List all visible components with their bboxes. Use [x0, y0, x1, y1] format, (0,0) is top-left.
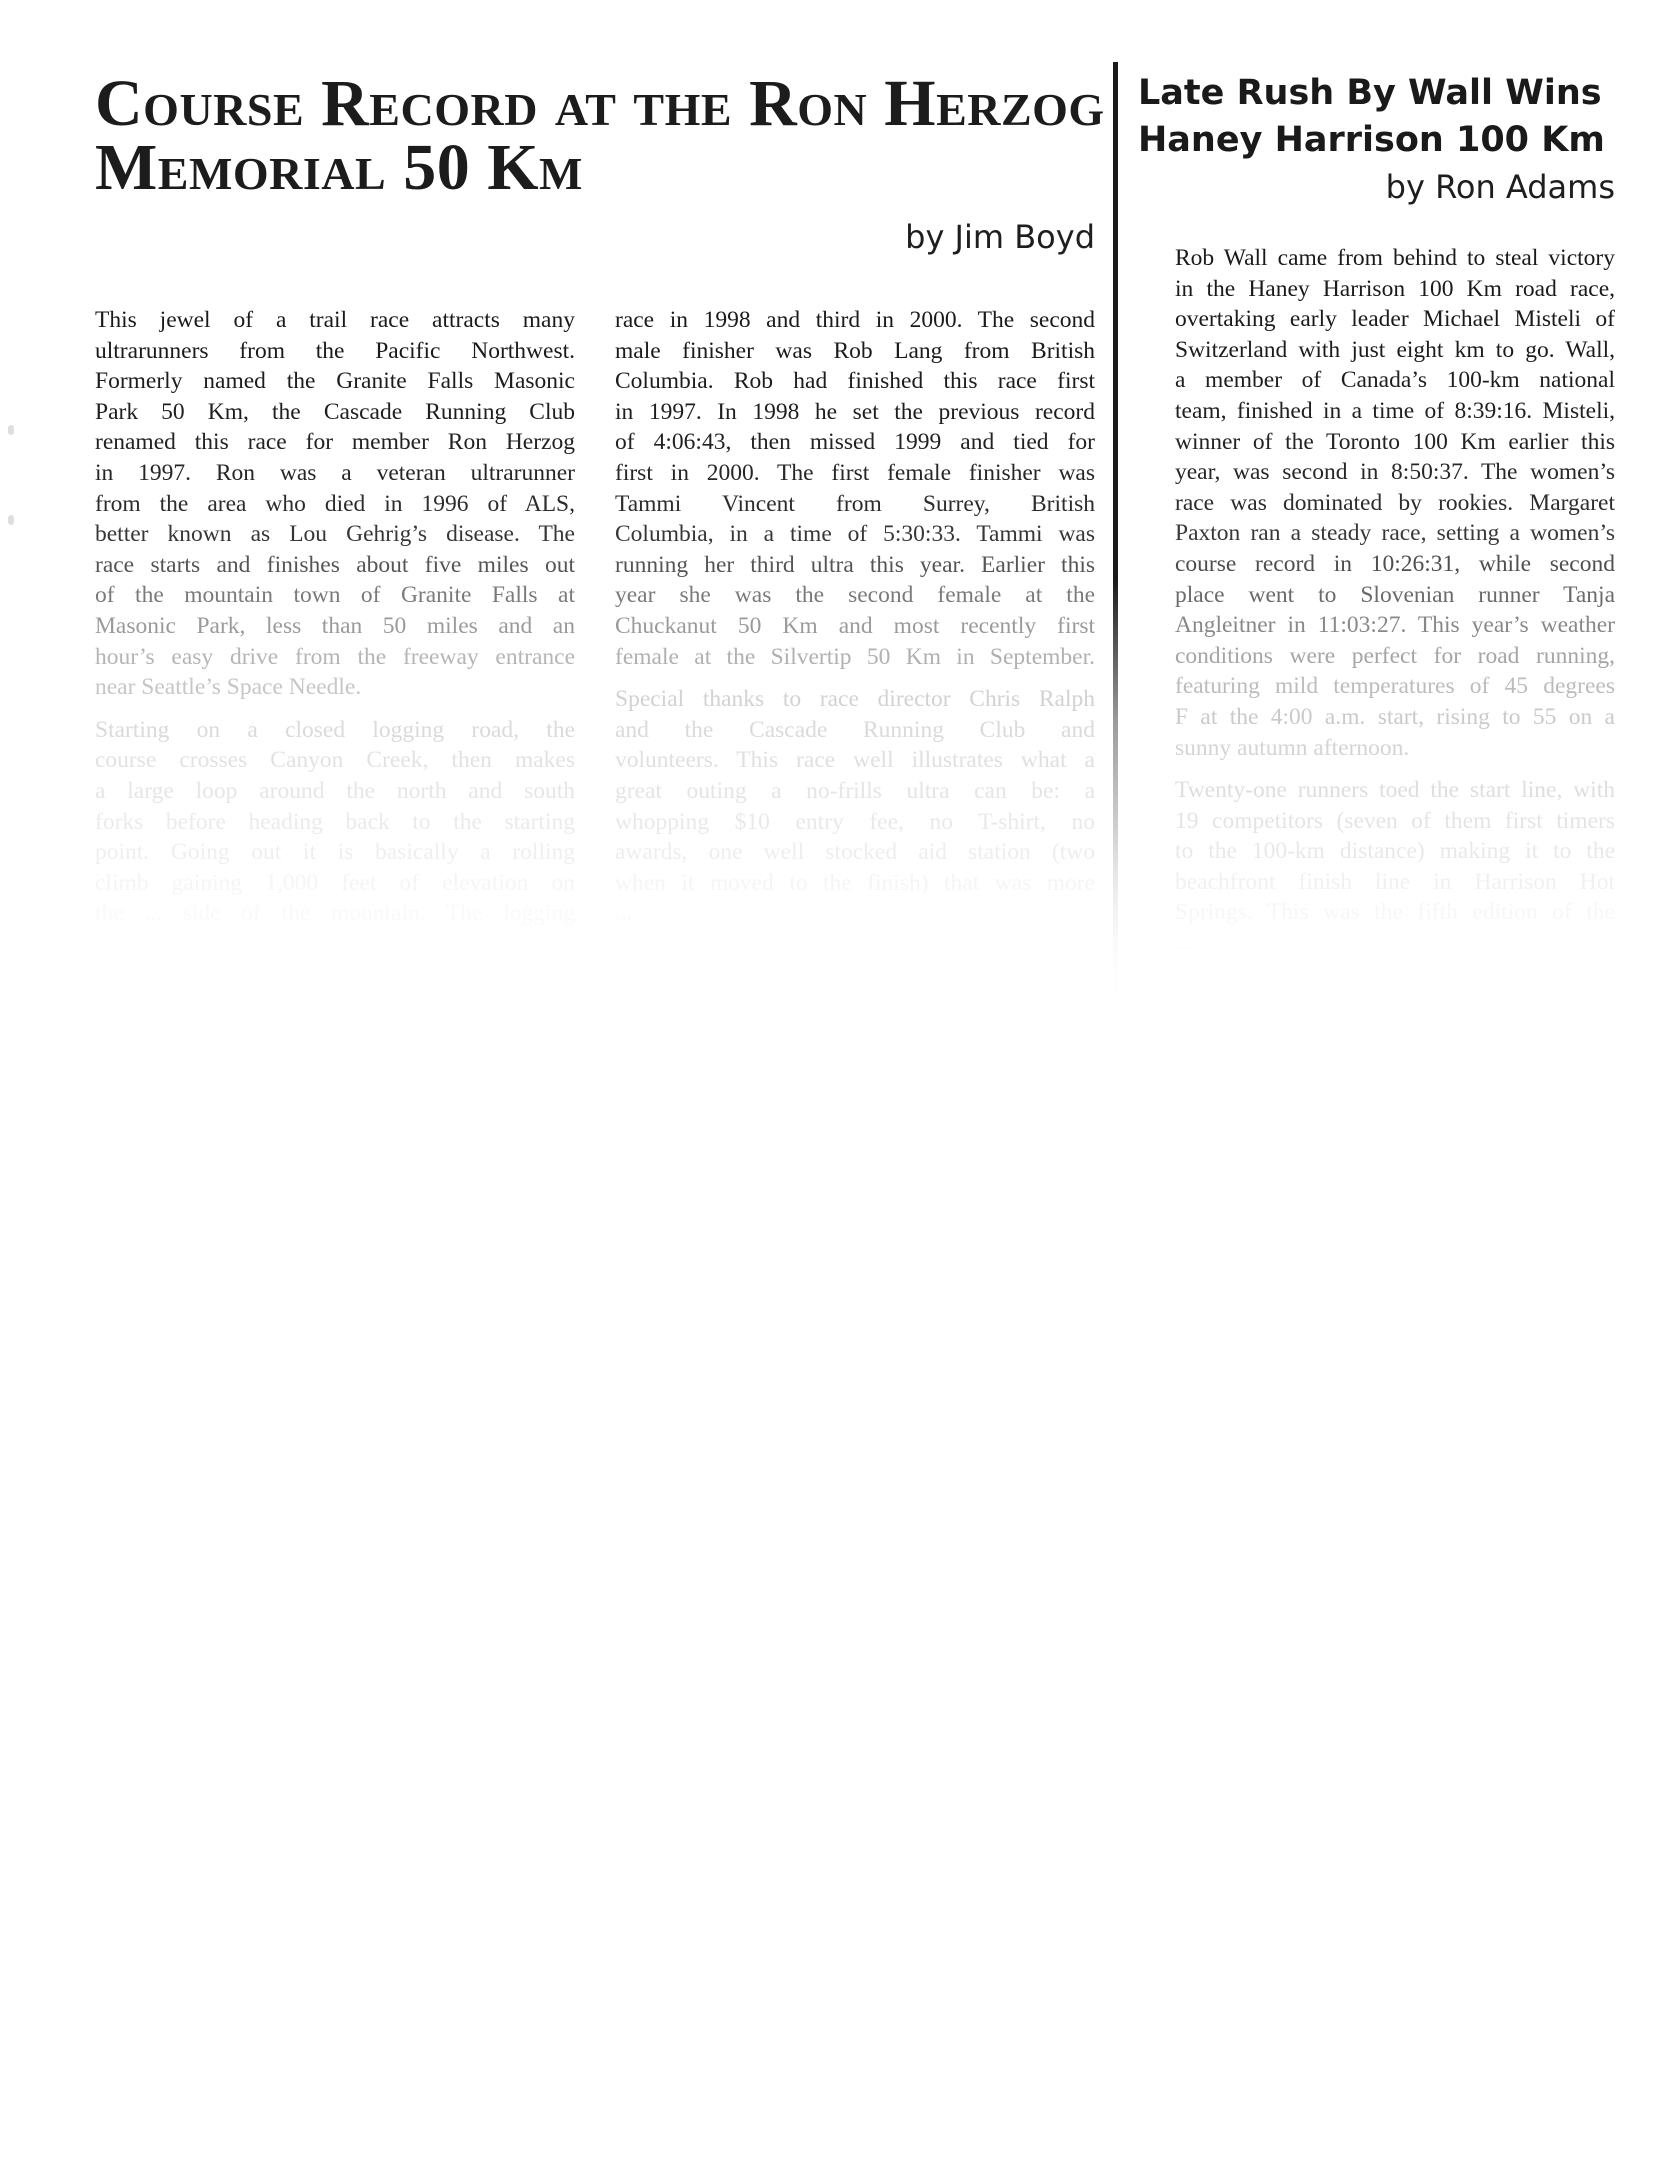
text-line: better known as Lou Gehrig’s disease. Th…	[95, 519, 575, 550]
paragraph: Rob Wall came from behind to steal victo…	[1175, 243, 1615, 763]
text-line: Paxton ran a steady race, setting a wome…	[1175, 518, 1615, 549]
text-line: renamed this race for member Ron Herzog	[95, 427, 575, 458]
text-line: a member of Canada’s 100-km national	[1175, 365, 1615, 396]
scan-artifact-mark	[8, 515, 14, 525]
text-line: Columbia, in a time of 5:30:33. Tammi wa…	[615, 519, 1095, 550]
text-line: of 4:06:43, then missed 1999 and tied fo…	[615, 427, 1095, 458]
text-line: featuring mild temperatures of 45 degree…	[1175, 671, 1615, 702]
paragraph: Twenty-one runners toed the start line, …	[1175, 775, 1615, 959]
text-line: and the Cascade Running Club and	[615, 715, 1095, 746]
text-line: in the Haney Harrison 100 Km road race,	[1175, 274, 1615, 305]
text-line: winner of the Toronto 100 Km earlier thi…	[1175, 427, 1615, 458]
text-line: Angleitner in 11:03:27. This year’s weat…	[1175, 610, 1615, 641]
text-line: female at the Silvertip 50 Km in Septemb…	[615, 642, 1095, 673]
text-line: of the mountain town of Granite Falls at	[95, 580, 575, 611]
text-line: Twenty-one runners toed the start line, …	[1175, 775, 1615, 806]
text-line: Special thanks to race director Chris Ra…	[615, 684, 1095, 715]
text-line: to the 100-km distance) making it to the	[1175, 836, 1615, 867]
text-line: in 1997. Ron was a veteran ultrarunner	[95, 458, 575, 489]
text-line: Switzerland with just eight km to go. Wa…	[1175, 335, 1615, 366]
paragraph: Starting on a closed logging road, the c…	[95, 715, 575, 929]
text-line: Starting on a closed logging road, the	[95, 715, 575, 746]
text-line: Springs. This was the fifth edition of t…	[1175, 897, 1615, 928]
text-line: year she was the second female at the	[615, 580, 1095, 611]
text-line: forks before heading back to the startin…	[95, 807, 575, 838]
magazine-page: Course Record at the Ron Herzog Memorial…	[0, 0, 1675, 2175]
text-line: Formerly named the Granite Falls Masonic	[95, 366, 575, 397]
text-line: Chuckanut 50 Km and most recently first	[615, 611, 1095, 642]
sidebar-article-body: Rob Wall came from behind to steal victo…	[1175, 243, 1615, 971]
article-byline: by Jim Boyd	[905, 218, 1095, 256]
text-line: in 1997. In 1998 he set the previous rec…	[615, 397, 1095, 428]
headline-line: Haney Harrison 100 Km	[1138, 117, 1638, 164]
text-line: ...	[1175, 928, 1615, 959]
text-line: conditions were perfect for road running…	[1175, 641, 1615, 672]
text-line: Masonic Park, less than 50 miles and an	[95, 611, 575, 642]
text-line: hour’s easy drive from the freeway entra…	[95, 642, 575, 673]
article-headline: Course Record at the Ron Herzog Memorial…	[95, 72, 1105, 200]
article-column-2: race in 1998 and third in 2000. The seco…	[615, 305, 1095, 941]
text-line: whopping $10 entry fee, no T-shirt, no	[615, 807, 1095, 838]
text-line: team, finished in a time of 8:39:16. Mis…	[1175, 396, 1615, 427]
text-line: Tammi Vincent from Surrey, British	[615, 489, 1095, 520]
text-line: Rob Wall came from behind to steal victo…	[1175, 243, 1615, 274]
paragraph: This jewel of a trail race attracts many…	[95, 305, 575, 703]
text-line: 19 competitors (seven of them first time…	[1175, 806, 1615, 837]
text-line: climb gaining 1,000 feet of elevation on	[95, 868, 575, 899]
text-line: sunny autumn afternoon.	[1175, 733, 1615, 764]
text-line: when it moved to the finish) that was mo…	[615, 868, 1095, 899]
text-line: awards, one well stocked aid station (tw…	[615, 837, 1095, 868]
text-line: Park 50 Km, the Cascade Running Club	[95, 397, 575, 428]
text-line: first in 2000. The first female finisher…	[615, 458, 1095, 489]
text-line: ultrarunners from the Pacific Northwest.	[95, 336, 575, 367]
article-column-1: This jewel of a trail race attracts many…	[95, 305, 575, 941]
paragraph: race in 1998 and third in 2000. The seco…	[615, 305, 1095, 672]
paragraph: Special thanks to race director Chris Ra…	[615, 684, 1095, 929]
text-line: ...	[615, 898, 1095, 929]
text-line: course crosses Canyon Creek, then makes	[95, 745, 575, 776]
text-line: volunteers. This race well illustrates w…	[615, 745, 1095, 776]
column-divider-rule	[1113, 62, 1118, 1002]
text-line: F at the 4:00 a.m. start, rising to 55 o…	[1175, 702, 1615, 733]
text-line: near Seattle’s Space Needle.	[95, 672, 575, 703]
sidebar-article-byline: by Ron Adams	[1386, 168, 1615, 206]
text-line: course record in 10:26:31, while second	[1175, 549, 1615, 580]
text-line: a large loop around the north and south	[95, 776, 575, 807]
text-line: great outing a no-frills ultra can be: a	[615, 776, 1095, 807]
text-line: from the area who died in 1996 of ALS,	[95, 489, 575, 520]
text-line: overtaking early leader Michael Misteli …	[1175, 304, 1615, 335]
text-line: Columbia. Rob had finished this race fir…	[615, 366, 1095, 397]
text-line: This jewel of a trail race attracts many	[95, 305, 575, 336]
headline-line: Late Rush By Wall Wins	[1138, 70, 1638, 117]
text-line: the ... side of the mountain. The loggin…	[95, 898, 575, 929]
text-line: race starts and finishes about five mile…	[95, 550, 575, 581]
text-line: place went to Slovenian runner Tanja	[1175, 580, 1615, 611]
scan-artifact-mark	[8, 425, 14, 435]
sidebar-article-headline: Late Rush By Wall Wins Haney Harrison 10…	[1138, 70, 1638, 164]
text-line: year, was second in 8:50:37. The women’s	[1175, 457, 1615, 488]
text-line: running her third ultra this year. Earli…	[615, 550, 1095, 581]
text-line: race in 1998 and third in 2000. The seco…	[615, 305, 1095, 336]
text-line: race was dominated by rookies. Margaret	[1175, 488, 1615, 519]
text-line: point. Going out it is basically a rolli…	[95, 837, 575, 868]
text-line: male finisher was Rob Lang from British	[615, 336, 1095, 367]
text-line: beachfront finish line in Harrison Hot	[1175, 867, 1615, 898]
